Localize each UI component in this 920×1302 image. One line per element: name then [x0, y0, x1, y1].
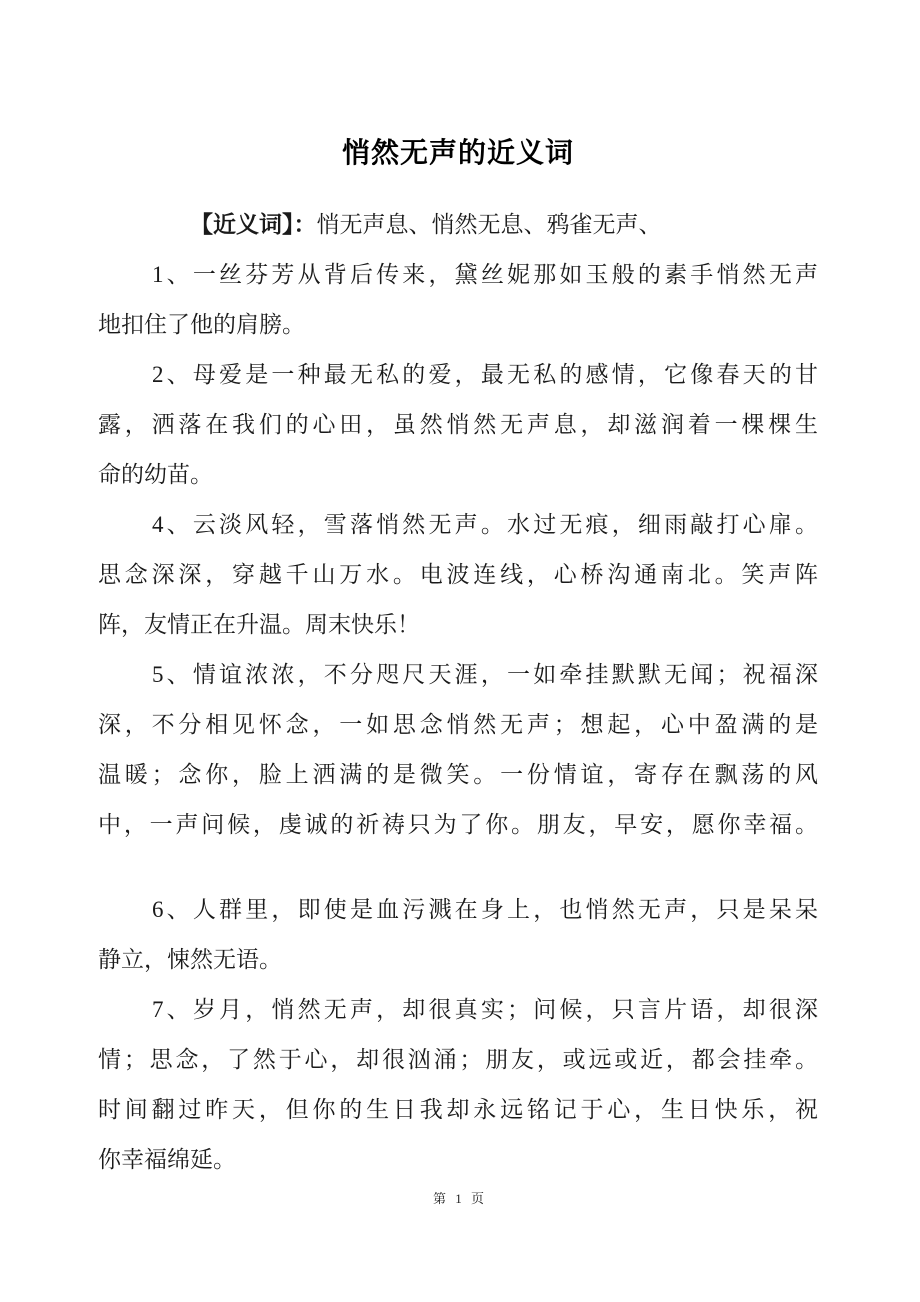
text-line: 时间翻过昨天，但你的生日我却永远铭记于心，生日快乐，祝	[98, 1085, 818, 1135]
text-line: 2、母爱是一种最无私的爱，最无私的感情，它像春天的甘	[98, 350, 818, 400]
text-line: 4、云淡风轻，雪落悄然无声。水过无痕，细雨敲打心扉。	[98, 500, 818, 550]
text-line: 温暖；念你，脸上洒满的是微笑。一份情谊，寄存在飘荡的风	[98, 750, 818, 800]
text-line: 深，不分相见怀念，一如思念悄然无声；想起，心中盈满的是	[98, 700, 818, 750]
document-page: 悄然无声的近义词 【近义词】：悄无声息、悄然无息、鸦雀无声、 1、一丝芬芳从背后…	[0, 0, 920, 1302]
text-line: 地扣住了他的肩膀。	[98, 300, 818, 350]
text-line: 1、一丝芬芳从背后传来，黛丝妮那如玉般的素手悄然无声	[98, 250, 818, 300]
text-line: 命的幼苗。	[98, 450, 818, 500]
synonym-list: 悄无声息、悄然无息、鸦雀无声、	[317, 212, 662, 237]
page-title: 悄然无声的近义词	[98, 0, 818, 170]
paragraph-4: 4、云淡风轻，雪落悄然无声。水过无痕，细雨敲打心扉。 思念深深，穿越千山万水。电…	[98, 500, 818, 650]
paragraph-5: 5、情谊浓浓，不分咫尺天涯，一如牵挂默默无闻；祝福深 深，不分相见怀念，一如思念…	[98, 650, 818, 850]
document-body: 【近义词】：悄无声息、悄然无息、鸦雀无声、 1、一丝芬芳从背后传来，黛丝妮那如玉…	[98, 200, 818, 1185]
text-line: 你幸福绵延。	[98, 1135, 818, 1185]
text-line: 5、情谊浓浓，不分咫尺天涯，一如牵挂默默无闻；祝福深	[98, 650, 818, 700]
paragraph-7: 7、岁月，悄然无声，却很真实；问候，只言片语，却很深 情；思念，了然于心，却很汹…	[98, 985, 818, 1185]
text-line: 6、人群里，即使是血污溅在身上，也悄然无声，只是呆呆	[98, 885, 818, 935]
text-line: 思念深深，穿越千山万水。电波连线，心桥沟通南北。笑声阵	[98, 550, 818, 600]
text-line: 中，一声问候，虔诚的祈祷只为了你。朋友，早安，愿你幸福。	[98, 800, 818, 850]
page-number: 第 1 页	[0, 1188, 920, 1207]
document-content: 悄然无声的近义词 【近义词】：悄无声息、悄然无息、鸦雀无声、 1、一丝芬芳从背后…	[0, 0, 920, 1185]
synonym-lead-paragraph: 【近义词】：悄无声息、悄然无息、鸦雀无声、	[98, 200, 818, 250]
text-line: 露，洒落在我们的心田，虽然悄然无声息，却滋润着一棵棵生	[98, 400, 818, 450]
text-line: 静立，悚然无语。	[98, 935, 818, 985]
paragraph-gap	[98, 850, 818, 885]
paragraph-2: 2、母爱是一种最无私的爱，最无私的感情，它像春天的甘 露，洒落在我们的心田，虽然…	[98, 350, 818, 500]
paragraph-1: 1、一丝芬芳从背后传来，黛丝妮那如玉般的素手悄然无声 地扣住了他的肩膀。	[98, 250, 818, 350]
text-line: 情；思念，了然于心，却很汹涌；朋友，或远或近，都会挂牵。	[98, 1035, 818, 1085]
text-line: 阵，友情正在升温。周末快乐！	[98, 600, 818, 650]
text-line: 7、岁月，悄然无声，却很真实；问候，只言片语，却很深	[98, 985, 818, 1035]
synonym-label: 【近义词】：	[190, 212, 317, 237]
paragraph-6: 6、人群里，即使是血污溅在身上，也悄然无声，只是呆呆 静立，悚然无语。	[98, 885, 818, 985]
text-line: 【近义词】：悄无声息、悄然无息、鸦雀无声、	[98, 200, 818, 250]
